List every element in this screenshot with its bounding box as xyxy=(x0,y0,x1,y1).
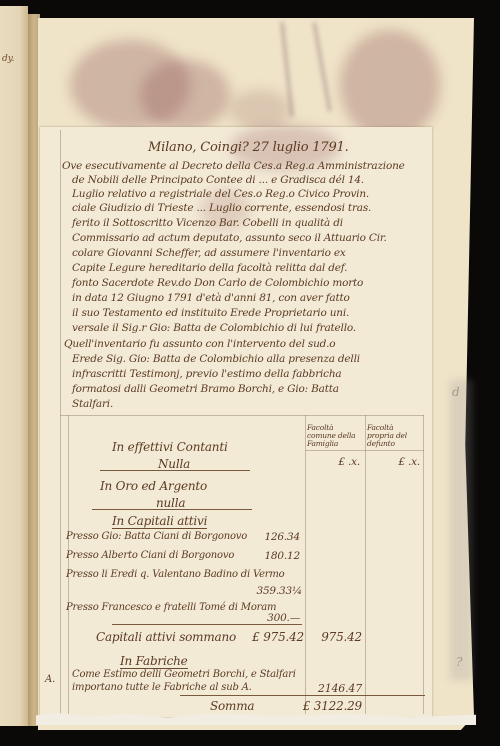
capital-total-own: 975.42 xyxy=(312,630,362,644)
body-line: formatosi dalli Geometri Bramo Borchi, e… xyxy=(72,383,339,395)
body-line: infrascritti Testimonj, previo l'estimo … xyxy=(72,368,341,380)
section-title-cash: In effettivi Contanti xyxy=(112,440,228,454)
body-line: Stalfari. xyxy=(72,398,113,410)
buildings-line: importano tutte le Fabriche al sub A. xyxy=(72,682,252,693)
water-stain xyxy=(140,60,230,130)
buildings-amount: 2146.47 xyxy=(300,682,362,695)
cash-own-amount: £ .x. xyxy=(368,456,420,468)
section-subtitle-gold-silver: nulla xyxy=(156,496,185,510)
body-line: Quell'inventario fu assunto con l'interv… xyxy=(64,338,335,350)
body-line: in data 12 Giugno 1791 d'età d'anni 81, … xyxy=(72,292,350,304)
section-subtitle-cash: Nulla xyxy=(158,457,190,471)
body-line: versale il Sig.r Gio: Batta de Colombich… xyxy=(72,322,356,334)
grand-total-amount: £ 3122.29 xyxy=(290,699,362,713)
section-title-active-capital: In Capitali attivi xyxy=(112,514,207,529)
annex-marker: A. xyxy=(45,674,55,685)
body-line: Capite Legure hereditario della facoltà … xyxy=(72,262,347,274)
cash-common-amount: £ .x. xyxy=(310,456,360,468)
water-stain xyxy=(340,30,440,140)
capital-entry-label: Presso Alberto Ciani di Borgonovo xyxy=(66,550,234,561)
section-title-gold-silver: In Oro ed Argento xyxy=(100,479,207,493)
body-line: colare Giovanni Scheffer, ad assumere l'… xyxy=(72,247,346,259)
column-rule xyxy=(365,415,366,714)
document-date-header: Milano, Coingi? 27 luglio 1791. xyxy=(148,140,349,155)
section-rule xyxy=(92,509,252,510)
water-stain xyxy=(230,90,290,130)
body-line: Luglio relativo a registriale del Ces.o … xyxy=(72,188,369,200)
column-header-common: Facoltà comune della Famiglia xyxy=(307,424,363,448)
column-header-own: Facoltà propria del defunto xyxy=(367,424,421,448)
header-rule xyxy=(305,450,424,451)
body-line: Commissario ad actum deputato, assunto s… xyxy=(72,232,387,244)
section-title-buildings: In Fabriche xyxy=(120,654,188,669)
body-line: fonto Sacerdote Rev.do Don Carlo de Colo… xyxy=(72,277,363,289)
capital-entry-amount: 300.— xyxy=(240,612,300,624)
body-line: il suo Testamento ed instituito Erede Pr… xyxy=(72,307,349,319)
back-sheet-note: ? xyxy=(456,655,462,669)
section-rule xyxy=(100,470,250,471)
column-rule xyxy=(305,415,306,714)
capital-entry-amount: 180.12 xyxy=(240,550,300,562)
body-line: ferito il Sottoscritto Vicenzo Bar. Cobe… xyxy=(72,217,343,229)
table-top-rule xyxy=(60,415,424,416)
capital-entry-label: Presso li Eredi q. Valentano Badino di V… xyxy=(66,569,284,580)
body-line: de Nobili delle Principato Contee di ...… xyxy=(72,174,364,186)
subtotal-rule xyxy=(112,624,302,625)
capital-entry-amount: 359.33¼ xyxy=(240,585,302,597)
body-line: Ove esecutivamente al Decreto della Ces.… xyxy=(62,160,405,172)
capital-total-common: £ 975.42 xyxy=(240,630,304,644)
capital-entry-label: Presso Gio: Batta Ciani di Borgonovo xyxy=(66,531,247,542)
column-rule xyxy=(423,415,424,714)
margin-rule xyxy=(60,130,61,714)
margin-rule xyxy=(68,415,69,714)
capital-entry-amount: 126.34 xyxy=(240,531,300,543)
back-sheet-note: d xyxy=(452,385,460,399)
adjacent-left-page: dy. xyxy=(0,6,28,726)
body-line: Erede Sig. Gio: Batta de Colombichio all… xyxy=(72,353,360,365)
total-rule xyxy=(180,695,425,696)
buildings-line: Come Estimo delli Geometri Borchi, e Sta… xyxy=(72,669,296,680)
grand-total-label: Somma xyxy=(210,699,254,713)
left-margin-note: dy. xyxy=(2,54,15,64)
body-line: ciale Giudizio di Trieste ... Luglio cor… xyxy=(72,202,371,214)
grey-wash-stain xyxy=(450,380,472,680)
capital-total-label: Capitali attivi sommano xyxy=(96,630,236,644)
